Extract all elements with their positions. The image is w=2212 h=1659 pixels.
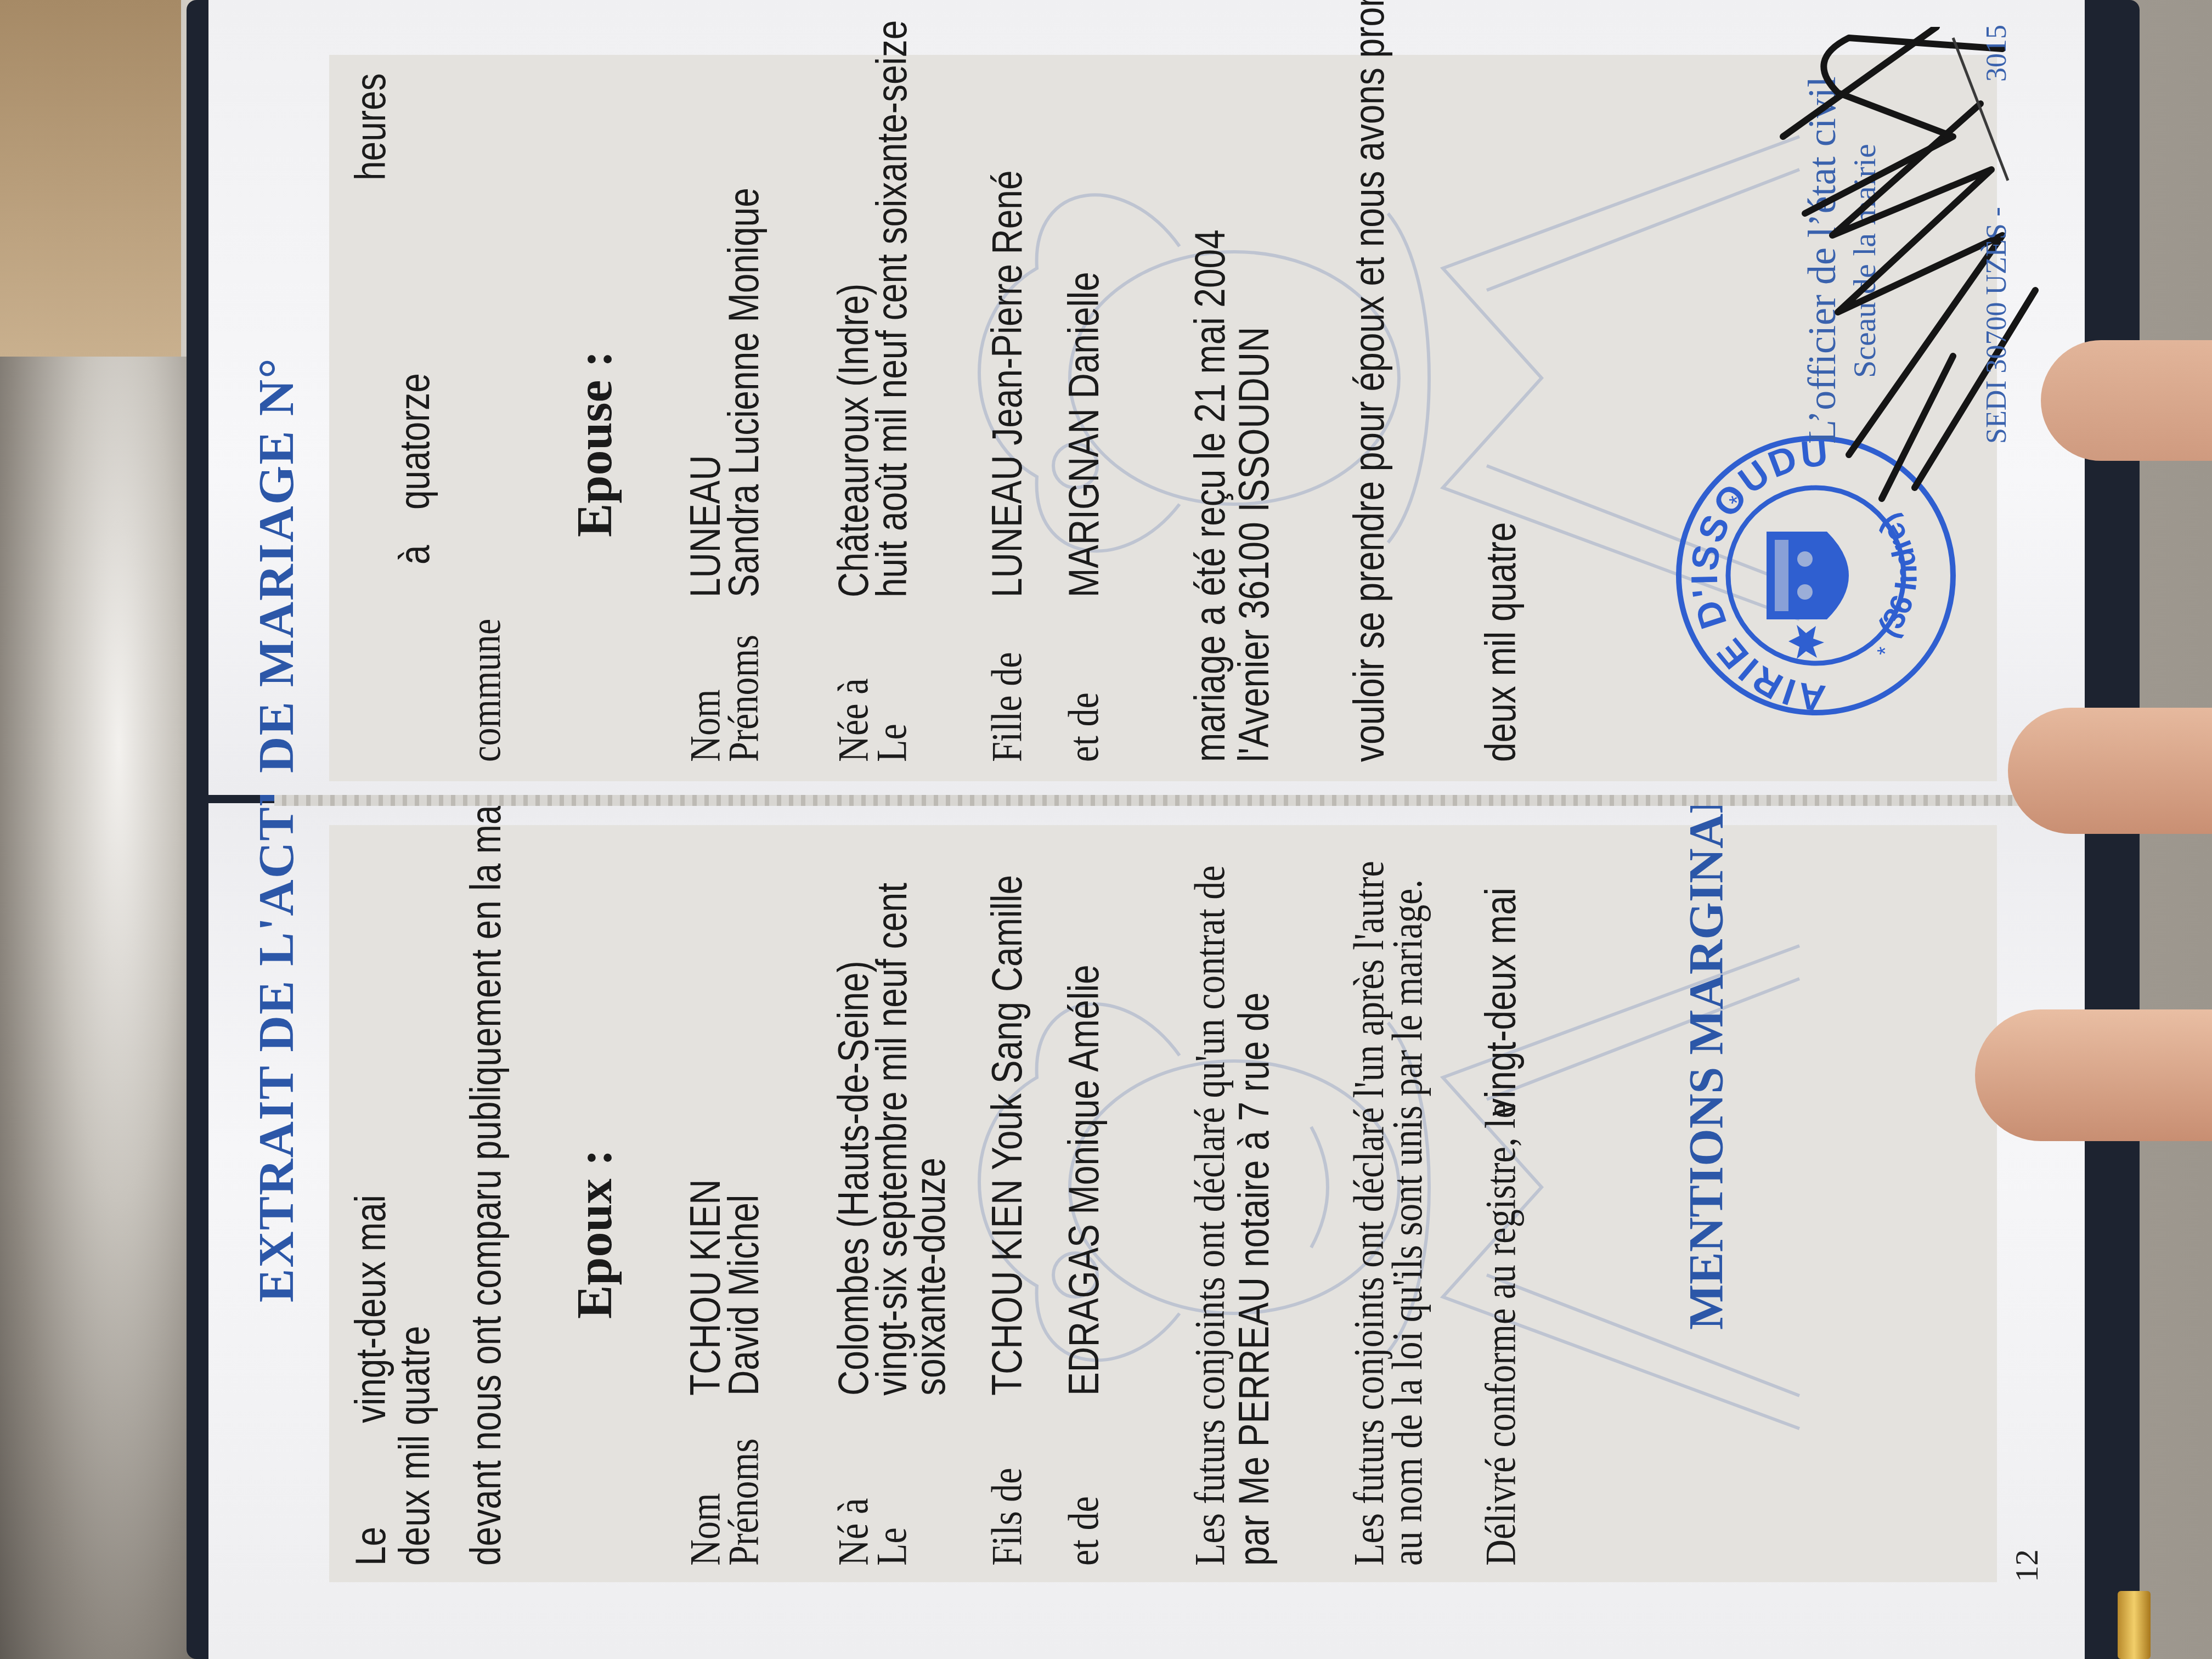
booklet-corner-clip: [2118, 1591, 2151, 1659]
declaration-line-2: au nom de la loi qu'ils sont unis par le…: [1383, 879, 1432, 1566]
finger: [2008, 708, 2212, 834]
epoux-prenoms-label: Prénoms: [719, 1438, 768, 1566]
officer-signature: [1772, 27, 2079, 521]
header-title-right: DE MARIAGE N°: [247, 357, 305, 773]
right-page: DE MARIAGE N° à quatorze heures commune …: [208, 0, 2085, 795]
header-title-left: EXTRAIT DE L'ACTE: [247, 771, 305, 1302]
contrat-line-2: par Me PERREAU notaire à 7 rue de: [1229, 992, 1279, 1566]
commune-label: commune: [461, 619, 510, 762]
contrat-continued-line-2: l'Avenier 36100 ISSOUDUN: [1229, 327, 1279, 762]
epouse-fille-de-label: Fille de: [982, 652, 1031, 762]
heures-label: heures: [346, 73, 396, 180]
epoux-prenoms: David Michel: [719, 1195, 769, 1396]
epouse-pere: LUNEAU Jean-Pierre René: [982, 170, 1032, 597]
epouse-prenoms: Sandra Lucienne Monique: [719, 188, 769, 597]
finger: [1975, 1009, 2212, 1141]
printer-imprint: SEDI 30700 UZÈS -: [1980, 207, 2013, 444]
heure-value: quatorze: [390, 373, 439, 510]
epoux-fils-de-label: Fils de: [982, 1468, 1031, 1566]
epoux-et-de-label: et de: [1059, 1496, 1108, 1566]
booklet-binding: [274, 794, 2085, 806]
epoux-date-naissance-l2: soixante-douze: [905, 1158, 955, 1396]
opening-day: vingt-deux mai: [346, 1195, 396, 1423]
delivre-year: deux mil quatre: [1476, 522, 1526, 762]
background-glass-table: [0, 357, 198, 1659]
printer-reference: 3015: [1980, 25, 2013, 82]
svg-text:*: *: [1874, 646, 1898, 655]
delivre-label: Délivré conforme au registre, le: [1476, 1102, 1525, 1566]
epouse-le-label: Le: [867, 724, 916, 762]
epoux-le-label: Le: [867, 1527, 916, 1566]
svg-text:*: *: [1725, 495, 1750, 504]
opening-year: deux mil quatre: [390, 1326, 439, 1566]
epoux-mere: EDRAGAS Monique Amélie: [1059, 964, 1109, 1396]
delivre-date: vingt-deux mai: [1476, 888, 1526, 1116]
epouse-prenoms-label: Prénoms: [719, 635, 768, 762]
heure-a: à: [390, 545, 439, 565]
epouse-heading: Epouse :: [565, 351, 623, 537]
epouse-mere: MARIGNAN Danielle: [1059, 272, 1109, 597]
background-wood: [0, 0, 181, 357]
svg-text:(36 Indre): (36 Indre): [1871, 508, 1923, 643]
epouse-et-de-label: et de: [1059, 692, 1108, 762]
stamp-dept-text: (36 Indre): [1871, 508, 1923, 643]
contrat-continued-line-1: mariage a été reçu le 21 mai 2004: [1185, 229, 1235, 762]
left-page: EXTRAIT DE L'ACTE Le vingt-deux mai deux…: [208, 803, 2085, 1659]
epouse-date-naissance: huit août mil neuf cent soixante-seize: [867, 20, 917, 597]
marriage-certificate-extract: EXTRAIT DE L'ACTE Le vingt-deux mai deux…: [208, 0, 2085, 1659]
page-number: 12: [2008, 1549, 2046, 1582]
opening-comparu: devant nous ont comparu publiquement en …: [461, 741, 511, 1566]
declaration-continued: vouloir se prendre pour époux et nous av…: [1344, 0, 1394, 762]
epoux-heading: Epoux :: [565, 1149, 623, 1319]
contrat-line-1: Les futurs conjoints ont déclaré qu'un c…: [1185, 865, 1234, 1566]
finger: [2041, 340, 2212, 461]
epoux-pere: TCHOU KIEN Youk Sang Camille: [982, 875, 1032, 1396]
opening-le-label: Le: [346, 1527, 396, 1566]
